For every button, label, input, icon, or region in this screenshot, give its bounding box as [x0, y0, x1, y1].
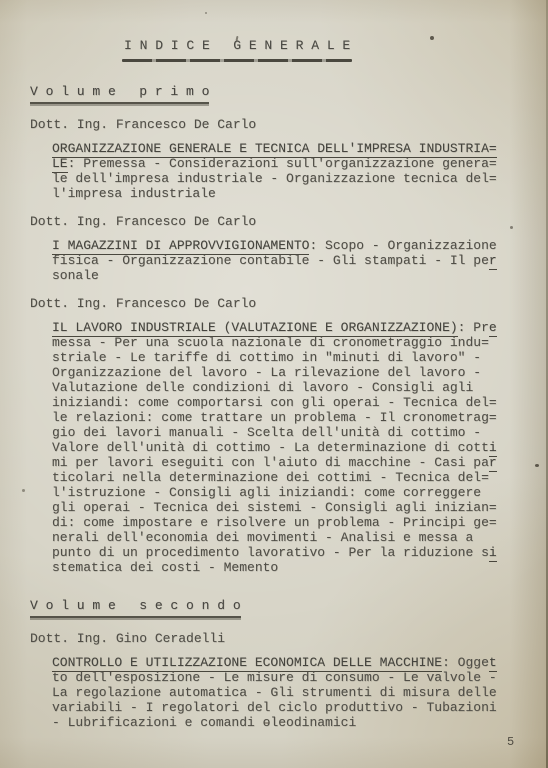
- entry-line: iniziandi: come comportarsi con gli oper…: [52, 395, 504, 410]
- title-underline: [122, 59, 352, 62]
- volume-heading: V o l u m e s e c o n d o: [30, 598, 241, 618]
- hyphen-split-letter: r: [489, 253, 497, 270]
- hyphen-split-letter: r: [489, 455, 497, 472]
- ink-speck: [535, 464, 539, 467]
- entry-line: ticolari nella determinazione dei cottim…: [52, 470, 504, 485]
- entry-author: Dott. Ing. Gino Ceradelli: [30, 632, 548, 645]
- entry-line: di: come impostare e risolvere un proble…: [52, 515, 504, 530]
- entry-line: l'istruzione - Consigli agli iniziandi: …: [52, 485, 504, 500]
- volume-section: V o l u m e s e c o n d oDott. Ing. Gino…: [0, 598, 548, 730]
- entry-line: LE: Premessa - Considerazioni sull'organ…: [52, 156, 504, 171]
- entry-line: le dell'impresa industriale - Organizzaz…: [52, 171, 504, 186]
- page-number: 5: [507, 735, 514, 749]
- entry-description: CONTROLLO E UTILIZZAZIONE ECONOMICA DELL…: [52, 655, 504, 730]
- entry-line: gio dei lavori manuali - Scelta dell'uni…: [52, 425, 504, 440]
- entry-description: I MAGAZZINI DI APPROVVIGIONAMENTO: Scopo…: [52, 238, 504, 283]
- ink-speck: [205, 12, 207, 14]
- entry-author: Dott. Ing. Francesco De Carlo: [30, 297, 548, 310]
- entry-description: ORGANIZZAZIONE GENERALE E TECNICA DELL'I…: [52, 141, 504, 201]
- hyphen-split-letter: i: [489, 545, 497, 562]
- entry-line: CONTROLLO E UTILIZZAZIONE ECONOMICA DELL…: [52, 655, 504, 670]
- entry-line: gli operai - Tecnica dei sistemi - Consi…: [52, 500, 504, 515]
- entry-line: Organizzazione del lavoro - La rilevazio…: [52, 365, 504, 380]
- entry-line: ORGANIZZAZIONE GENERALE E TECNICA DELL'I…: [52, 141, 504, 156]
- entry-line: Valore dell'unità di cottimo - La determ…: [52, 440, 504, 455]
- ink-speck: [510, 226, 513, 229]
- entry-line: I MAGAZZINI DI APPROVVIGIONAMENTO: Scopo…: [52, 238, 504, 253]
- entry-line: to dell'esposizione - Le misure di consu…: [52, 670, 504, 685]
- entry-line: IL LAVORO INDUSTRIALE (VALUTAZIONE E ORG…: [52, 320, 504, 335]
- entry-line: le relazioni: come trattare un problema …: [52, 410, 504, 425]
- entry-description: IL LAVORO INDUSTRIALE (VALUTAZIONE E ORG…: [52, 320, 504, 575]
- entry-line: Valutazione delle condizioni di lavoro -…: [52, 380, 504, 395]
- entry-line: mi per lavori eseguiti con l'aiuto di ma…: [52, 455, 504, 470]
- entry-line: - Lubrificazioni e comandi oleodinamici: [52, 715, 504, 730]
- entry-author: Dott. Ing. Francesco De Carlo: [30, 118, 548, 131]
- entry-author: Dott. Ing. Francesco De Carlo: [30, 215, 548, 228]
- volumes: V o l u m e p r i m oDott. Ing. Francesc…: [0, 84, 548, 730]
- ink-speck: [430, 36, 434, 40]
- scanned-page: I N D I C E G E N E R A L E V o l u m e …: [0, 0, 548, 768]
- entry-line: stematica dei costi - Memento: [52, 560, 504, 575]
- entry-line: l'impresa industriale: [52, 186, 504, 201]
- volume-section: V o l u m e p r i m oDott. Ing. Francesc…: [0, 84, 548, 575]
- entry-line: fisica - Organizzazione contabile - Gli …: [52, 253, 504, 268]
- entry-line: sonale: [52, 268, 504, 283]
- entry-line: punto di un procedimento lavorativo - Pe…: [52, 545, 504, 560]
- ink-speck: [264, 722, 269, 724]
- entry-line: messa - Per una scuola nazionale di cron…: [52, 335, 504, 350]
- hyphen-split-letter: e: [489, 320, 497, 337]
- entry-line: striale - Le tariffe di cottimo in "minu…: [52, 350, 504, 365]
- entry-line: La regolazione automatica - Gli strument…: [52, 685, 504, 700]
- entry-line: nerali dell'economia dei movimenti - Ana…: [52, 530, 504, 545]
- ink-speck: [22, 489, 25, 492]
- entry-line: variabili - I regolatori del ciclo produ…: [52, 700, 504, 715]
- volume-heading: V o l u m e p r i m o: [30, 84, 209, 104]
